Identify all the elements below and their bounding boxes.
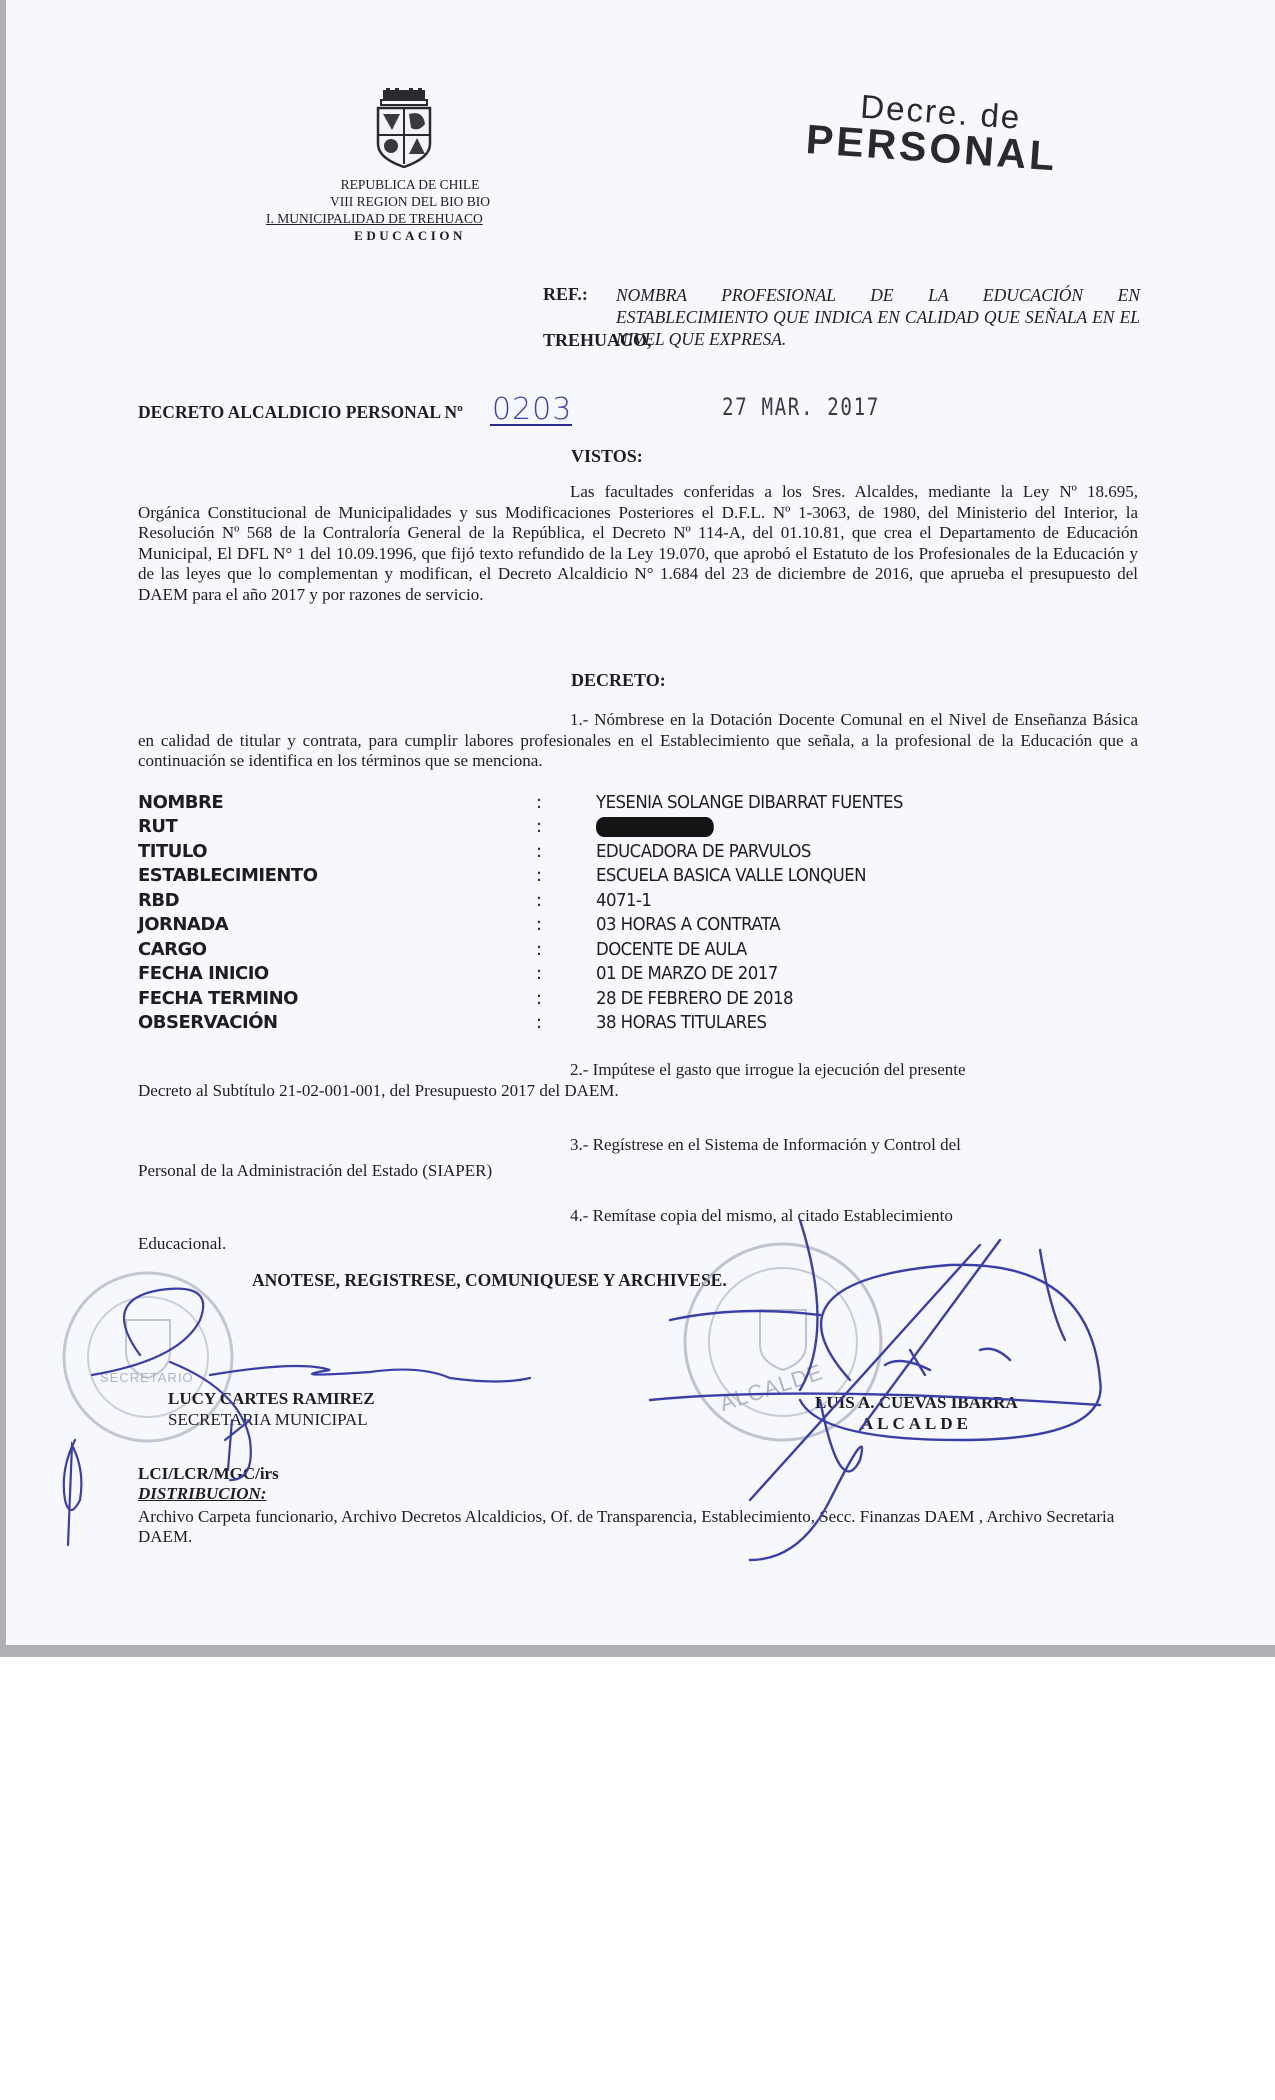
secretary-seal-label: SECRETARIO <box>100 1370 194 1385</box>
detail-label: TITULO <box>138 841 536 862</box>
item-2-paragraph: 2.- Impútese el gasto que irrogue la eje… <box>138 1060 1138 1101</box>
detail-row-titulo: TITULO : EDUCADORA DE PARVULOS <box>138 839 1018 864</box>
reference-label: REF.: <box>543 284 588 305</box>
item-4-lead: 4.- Remítase copia del mismo, al citado … <box>570 1206 953 1225</box>
item-2-body: Decreto al Subtítulo 21-02-001-001, del … <box>138 1081 619 1100</box>
detail-separator: : <box>536 816 596 837</box>
item-1-lead: 1.- Nómbrese en la Dotación Docente Comu… <box>570 710 1008 729</box>
item-3-paragraph: 3.- Regístrese en el Sistema de Informac… <box>138 1132 1138 1184</box>
detail-label: JORNADA <box>138 914 536 935</box>
detail-value <box>596 816 714 837</box>
redaction-mark <box>596 817 714 837</box>
item-2-lead: 2.- Impútese el gasto que irrogue la eje… <box>570 1060 966 1079</box>
decreto-heading: DECRETO: <box>571 670 666 691</box>
detail-value: DOCENTE DE AULA <box>596 939 747 960</box>
item-3-body: Personal de la Administración del Estado… <box>138 1161 492 1180</box>
detail-separator: : <box>536 1012 596 1033</box>
detail-row-cargo: CARGO : DOCENTE DE AULA <box>138 937 1018 962</box>
distribution-heading: DISTRIBUCION: <box>138 1484 266 1504</box>
closing-formula: ANOTESE, REGISTRESE, COMUNIQUESE Y ARCHI… <box>252 1270 727 1291</box>
detail-label: NOMBRE <box>138 792 536 813</box>
detail-separator: : <box>536 792 596 813</box>
detail-label: FECHA INICIO <box>138 963 536 984</box>
decree-title: DECRETO ALCALDICIO PERSONAL Nº <box>138 402 463 423</box>
detail-row-jornada: JORNADA : 03 HORAS A CONTRATA <box>138 913 1018 938</box>
vistos-heading: VISTOS: <box>571 446 643 467</box>
letterhead: REPUBLICA DE CHILE VIII REGION DEL BIO B… <box>260 176 560 244</box>
detail-separator: : <box>536 963 596 984</box>
detail-separator: : <box>536 865 596 886</box>
detail-row-fecha-termino: FECHA TERMINO : 28 DE FEBRERO DE 2018 <box>138 986 1018 1011</box>
item-3-lead: 3.- Regístrese en el Sistema de Informac… <box>570 1135 961 1154</box>
vistos-paragraph: Las facultades conferidas a los Sres. Al… <box>138 482 1138 605</box>
decree-number-underline <box>490 424 572 426</box>
detail-label: CARGO <box>138 939 536 960</box>
secretary-name: LUCY CARTES RAMIREZ <box>168 1388 375 1409</box>
municipality-line: I. MUNICIPALIDAD DE TREHUACO <box>260 210 560 227</box>
decree-number-handwritten: 0203 <box>492 392 572 427</box>
item-1-paragraph: 1.- Nómbrese en la Dotación Docente Comu… <box>138 710 1138 772</box>
date-stamp: 27 MAR. 2017 <box>722 393 880 421</box>
detail-value: 4071-1 <box>596 890 651 911</box>
detail-value: ESCUELA BASICA VALLE LONQUEN <box>596 865 866 886</box>
detail-row-fecha-inicio: FECHA INICIO : 01 DE MARZO DE 2017 <box>138 962 1018 987</box>
detail-separator: : <box>536 914 596 935</box>
reference-text: NOMBRA PROFESIONAL DE LA EDUCACIÓN EN ES… <box>616 284 1140 350</box>
detail-row-observacion: OBSERVACIÓN : 38 HORAS TITULARES <box>138 1011 1018 1036</box>
detail-separator: : <box>536 841 596 862</box>
country-line: REPUBLICA DE CHILE <box>260 176 560 193</box>
item-4-body: Educacional. <box>138 1234 226 1253</box>
detail-label: RUT <box>138 816 536 837</box>
department-line: EDUCACION <box>260 227 560 244</box>
detail-value: 01 DE MARZO DE 2017 <box>596 963 778 984</box>
coat-of-arms-icon <box>373 88 435 168</box>
appointee-details: NOMBRE : YESENIA SOLANGE DIBARRAT FUENTE… <box>138 790 1018 1035</box>
mayor-title: ALCALDE <box>815 1413 1018 1434</box>
detail-separator: : <box>536 890 596 911</box>
detail-row-nombre: NOMBRE : YESENIA SOLANGE DIBARRAT FUENTE… <box>138 790 1018 815</box>
mayor-name: LUIS A. CUEVAS IBARRA <box>815 1392 1018 1413</box>
secretary-signature-block: LUCY CARTES RAMIREZ SECRETARIA MUNICIPAL <box>168 1388 375 1430</box>
detail-separator: : <box>536 939 596 960</box>
detail-row-rbd: RBD : 4071-1 <box>138 888 1018 913</box>
detail-value: YESENIA SOLANGE DIBARRAT FUENTES <box>596 792 903 813</box>
detail-row-establecimiento: ESTABLECIMIENTO : ESCUELA BASICA VALLE L… <box>138 864 1018 889</box>
place-name: TREHUACO, <box>543 330 652 351</box>
detail-label: ESTABLECIMIENTO <box>138 865 536 886</box>
reference-initials: LCI/LCR/MGC/irs <box>138 1464 279 1484</box>
detail-label: OBSERVACIÓN <box>138 1012 536 1033</box>
secretary-title: SECRETARIA MUNICIPAL <box>168 1409 375 1430</box>
region-line: VIII REGION DEL BIO BIO <box>260 193 560 210</box>
detail-label: FECHA TERMINO <box>138 988 536 1009</box>
detail-separator: : <box>536 988 596 1009</box>
detail-value: 03 HORAS A CONTRATA <box>596 914 780 935</box>
detail-row-rut: RUT : <box>138 815 1018 840</box>
mayor-signature-block: LUIS A. CUEVAS IBARRA ALCALDE <box>815 1392 1018 1434</box>
item-4-paragraph: 4.- Remítase copia del mismo, al citado … <box>138 1202 1138 1258</box>
vistos-first-line: Las facultades conferidas a los Sres. Al… <box>570 482 1077 501</box>
detail-value: 28 DE FEBRERO DE 2018 <box>596 988 793 1009</box>
detail-value: 38 HORAS TITULARES <box>596 1012 766 1033</box>
detail-label: RBD <box>138 890 536 911</box>
detail-value: EDUCADORA DE PARVULOS <box>596 841 811 862</box>
distribution-list: Archivo Carpeta funcionario, Archivo Dec… <box>138 1507 1148 1547</box>
